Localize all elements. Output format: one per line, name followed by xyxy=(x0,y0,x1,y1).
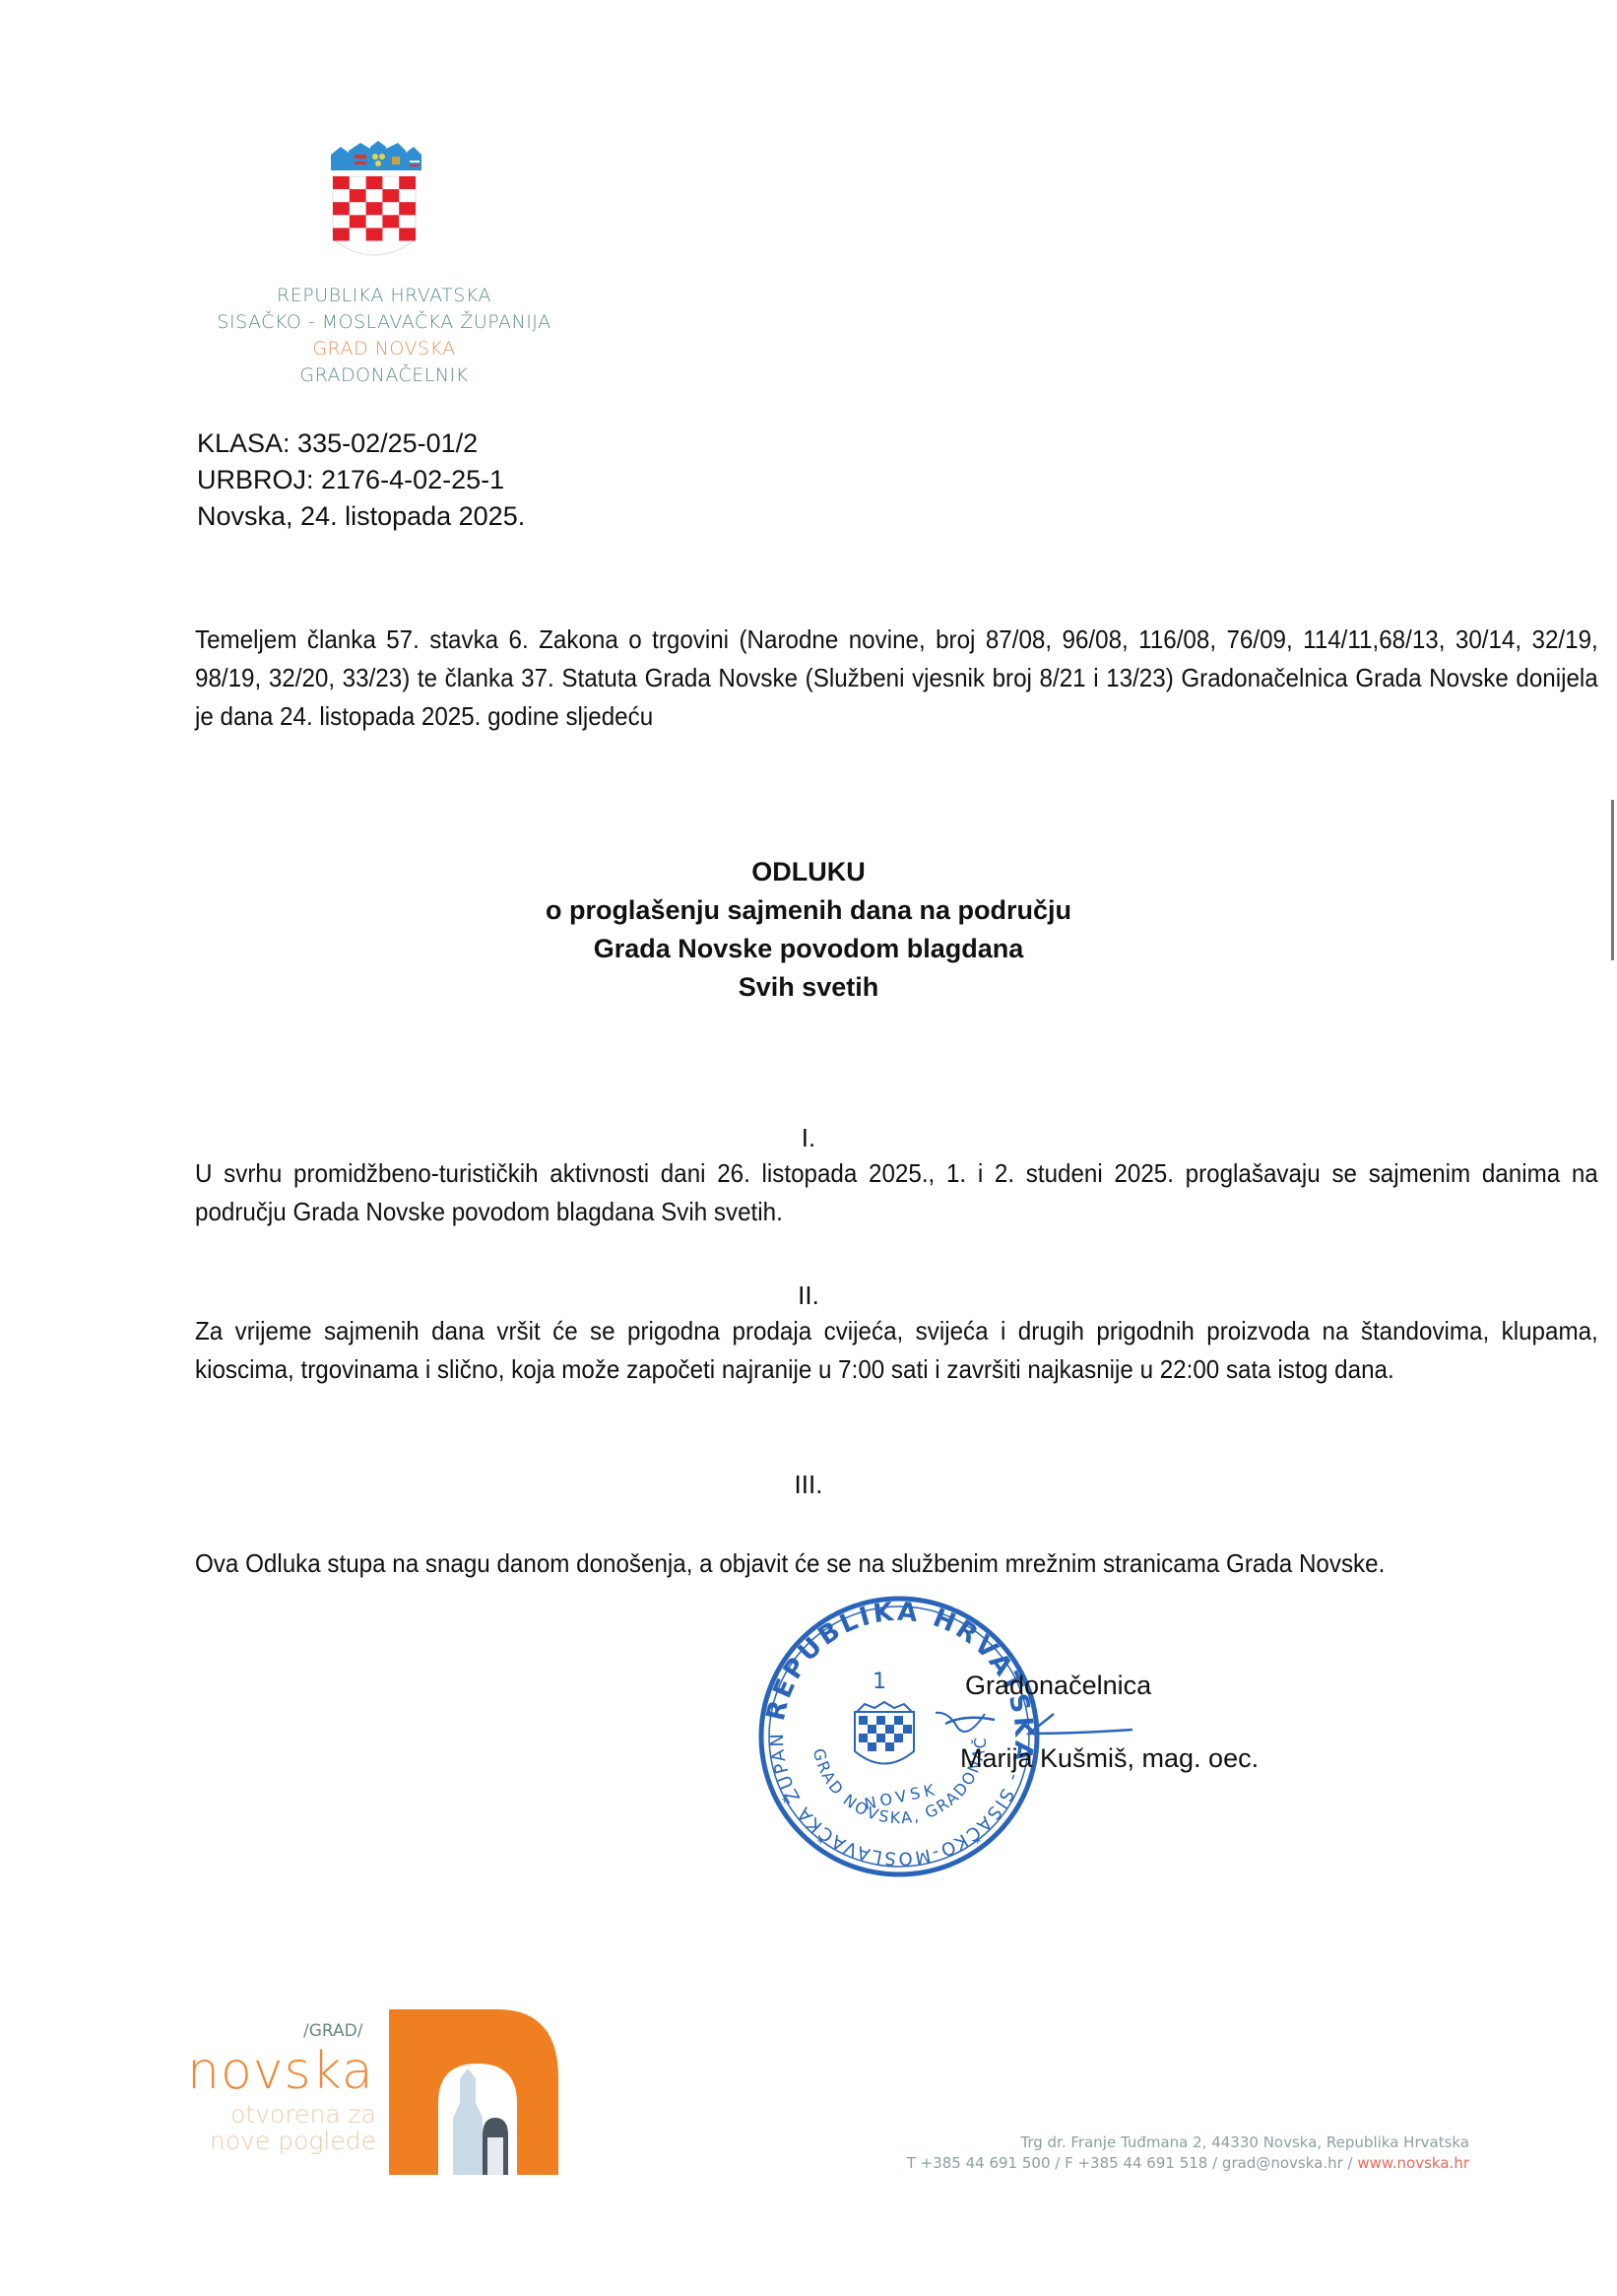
title-line-3: Grada Novske povodom blagdana xyxy=(0,930,1617,968)
place-date: Novska, 24. listopada 2025. xyxy=(197,498,525,535)
scan-edge-artifact xyxy=(1611,800,1614,960)
header-line-county: SISAČKO - MOSLAVAČKA ŽUPANIJA xyxy=(177,309,591,336)
urbroj: URBROJ: 2176-4-02-25-1 xyxy=(197,462,525,498)
decision-title: ODLUKU o proglašenju sajmenih dana na po… xyxy=(0,853,1617,1007)
signatory-role: Gradonačelnica xyxy=(965,1671,1151,1701)
svg-text:1: 1 xyxy=(873,1670,886,1694)
logo-slogan: otvorena za nove poglede xyxy=(189,2101,376,2154)
title-line-1: ODLUKU xyxy=(0,853,1617,891)
section-3-text: Ova Odluka stupa na snagu danom donošenj… xyxy=(195,1544,1598,1583)
header-line-office: GRADONAČELNIK xyxy=(177,362,591,389)
section-2-text: Za vrijeme sajmenih dana vršit će se pri… xyxy=(195,1312,1598,1389)
signatory-name: Marija Kušmiš, mag. oec. xyxy=(960,1743,1259,1774)
footer-website-link[interactable]: www.novska.hr xyxy=(1357,2154,1469,2172)
croatian-coat-of-arms-icon xyxy=(327,141,421,269)
header-line-city: GRAD NOVSKA xyxy=(177,336,591,362)
title-line-4: Svih svetih xyxy=(0,968,1617,1007)
title-line-2: o proglašenju sajmenih dana na području xyxy=(0,891,1617,930)
logo-city-name: novska xyxy=(187,2044,374,2099)
footer-contact-line: T +385 44 691 500 / F +385 44 691 518 / … xyxy=(907,2153,1469,2174)
novska-arch-logo xyxy=(389,2009,558,2175)
logo-grad-label: /GRAD/ xyxy=(303,2021,362,2041)
document-meta: KLASA: 335-02/25-01/2 URBROJ: 2176-4-02-… xyxy=(197,426,525,535)
section-3-numeral: III. xyxy=(0,1470,1617,1500)
klasa: KLASA: 335-02/25-01/2 xyxy=(197,426,525,462)
header-line-republic: REPUBLIKA HRVATSKA xyxy=(177,283,591,309)
coat-of-arms xyxy=(327,141,421,269)
footer-address: Trg dr. Franje Tuđmana 2, 44330 Novska, … xyxy=(907,2132,1469,2153)
slogan-line-2: nove poglede xyxy=(189,2128,376,2154)
section-1-text: U svrhu promidžbeno-turističkih aktivnos… xyxy=(195,1154,1598,1231)
arch-logo-icon xyxy=(389,2009,558,2175)
footer-phone-fax-email: T +385 44 691 500 / F +385 44 691 518 / … xyxy=(907,2154,1358,2172)
preamble: Temeljem članka 57. stavka 6. Zakona o t… xyxy=(195,621,1598,736)
footer-contact: Trg dr. Franje Tuđmana 2, 44330 Novska, … xyxy=(907,2132,1469,2174)
section-2-numeral: II. xyxy=(0,1280,1617,1311)
section-1-numeral: I. xyxy=(0,1123,1617,1153)
issuer-header: REPUBLIKA HRVATSKA SISAČKO - MOSLAVAČKA … xyxy=(177,283,591,389)
slogan-line-1: otvorena za xyxy=(189,2101,376,2128)
